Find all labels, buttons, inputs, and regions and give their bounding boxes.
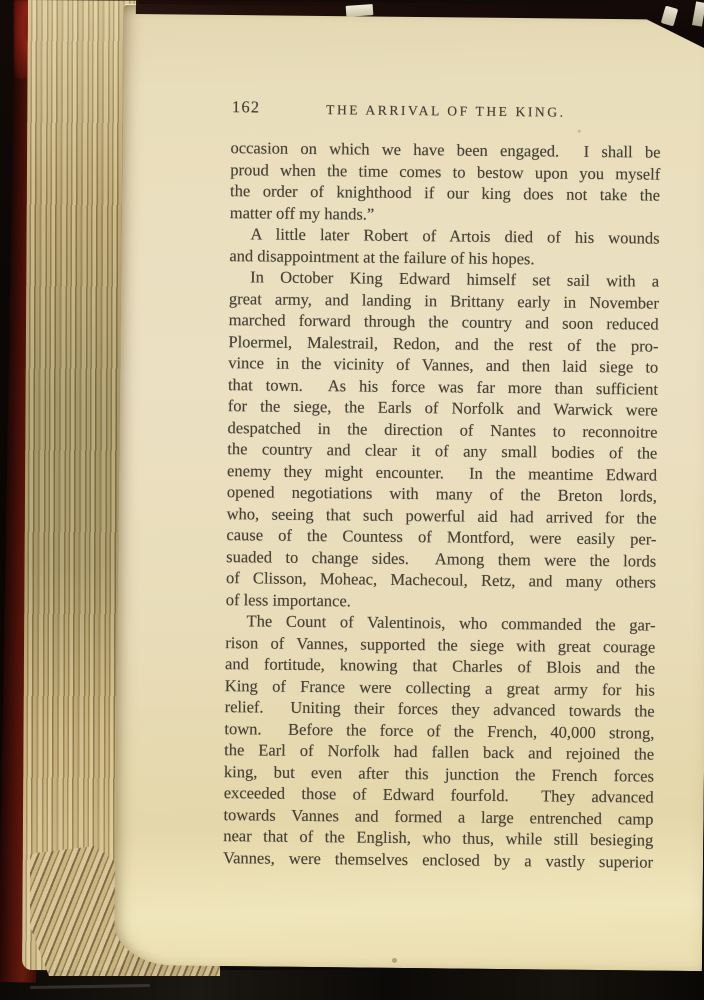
body-text: occasion on which we have been engaged. … — [223, 137, 661, 872]
paper-slip-top — [346, 4, 374, 17]
text-line: Vannes, were themselves enclosed by a va… — [223, 847, 653, 873]
running-head-title: THE ARRIVAL OF THE KING. — [231, 98, 661, 124]
printed-text-column: 162 THE ARRIVAL OF THE KING. occasion on… — [223, 96, 661, 872]
book-photo-scene: 162 THE ARRIVAL OF THE KING. occasion on… — [0, 0, 704, 1000]
book-page: 162 THE ARRIVAL OF THE KING. occasion on… — [114, 4, 704, 971]
paper-speck — [392, 958, 397, 963]
running-header: 162 THE ARRIVAL OF THE KING. — [231, 96, 661, 123]
